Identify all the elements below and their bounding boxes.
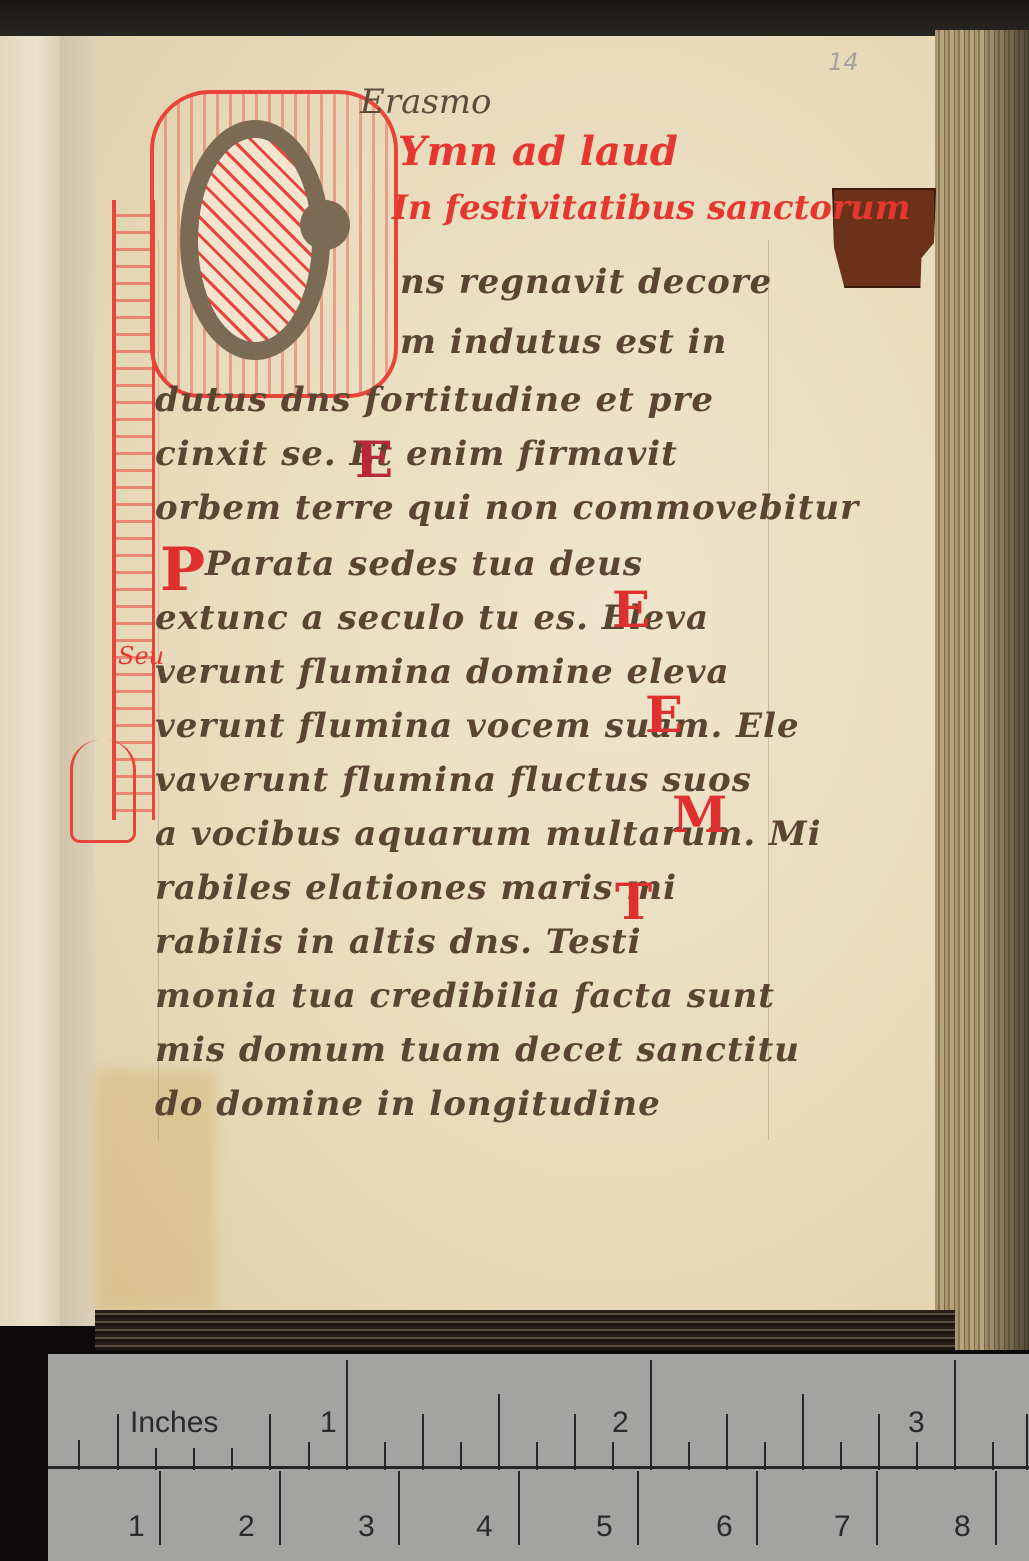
text-line: rabiles elationes maris mi [155, 868, 677, 908]
ruler-inches-label: Inches [130, 1406, 218, 1440]
text-line: verunt flumina vocem suam. Ele [155, 706, 800, 746]
ruler-cm-label: 6 [716, 1510, 733, 1544]
red-capital: M [672, 785, 727, 844]
ruler-tick [574, 1414, 576, 1470]
ruler-cm-label: 8 [954, 1510, 971, 1544]
ruler-inch-label: 3 [908, 1406, 925, 1440]
ruler-tick [802, 1394, 804, 1470]
text-line: mis domum tuam decet sanctitu [155, 1030, 800, 1070]
ruler-center-line [48, 1466, 1029, 1469]
facing-page-edge [0, 36, 64, 1326]
ruler-cm-label: 7 [834, 1510, 851, 1544]
ruler-tick-inch [954, 1360, 956, 1470]
ruler-inch-label: 2 [612, 1406, 629, 1440]
rubric-line-2: In festivitatibus sanctorum [392, 188, 911, 228]
ruler-tick [498, 1394, 500, 1470]
text-line: rabilis in altis dns. Testi [155, 922, 642, 962]
text-line: do domine in longitudine [155, 1084, 661, 1124]
text-line: m indutus est in [400, 322, 727, 362]
ruler-tick [1026, 1414, 1028, 1470]
decorated-initial [150, 90, 390, 390]
ruler-tick [269, 1414, 271, 1470]
red-capital: E [355, 430, 393, 489]
folio-number: 14 [828, 48, 859, 76]
margin-annotation: Seu [118, 642, 164, 670]
measurement-ruler: Inches 1 2 3 1 2 3 4 5 6 7 8 [48, 1354, 1029, 1561]
text-line: dutus dns fortitudine et pre [155, 380, 714, 420]
ruler-tick [878, 1414, 880, 1470]
red-capital: P [160, 535, 205, 605]
ruler-tick-cm [398, 1471, 400, 1545]
penwork-border [112, 200, 155, 820]
ruler-tick [422, 1414, 424, 1470]
text-line: vaverunt flumina fluctus suos [155, 760, 752, 800]
penwork-flourish [70, 740, 136, 843]
text-line: cinxit se. Et enim firmavit [155, 434, 678, 474]
ruler-tick-cm [159, 1471, 161, 1545]
ruler-tick-cm [995, 1471, 997, 1545]
running-head: Erasmo [360, 82, 492, 122]
ruler-tick-cm [876, 1471, 878, 1545]
ruler-tick-cm [279, 1471, 281, 1545]
ruler-cm-label: 1 [128, 1510, 145, 1544]
ruler-cm-label: 4 [476, 1510, 493, 1544]
ruler-inch-label: 1 [320, 1406, 337, 1440]
bottom-edge-leaves [95, 1310, 955, 1350]
initial-bowl [300, 200, 350, 250]
text-line: orbem terre qui non commovebitur [155, 488, 859, 528]
background-shadow [0, 0, 1029, 40]
ruler-tick-cm [637, 1471, 639, 1545]
ruler-tick-inch [346, 1360, 348, 1470]
ruler-cm-label: 5 [596, 1510, 613, 1544]
text-line: monia tua credibilia facta sunt [155, 976, 775, 1016]
ruler-tick-cm [518, 1471, 520, 1545]
ruler-tick-inch [650, 1360, 652, 1470]
ruler-tick-cm [756, 1471, 758, 1545]
text-line: ns regnavit decore [400, 262, 772, 302]
rubric-line-1: Ymn ad laud [398, 128, 678, 175]
red-capital: E [645, 685, 683, 744]
ruler-cm-label: 2 [238, 1510, 255, 1544]
red-capital: T [615, 872, 652, 931]
text-line: Parata sedes tua deus [205, 544, 643, 584]
ruler-cm-label: 3 [358, 1510, 375, 1544]
fore-edge-shadow [985, 30, 1029, 1350]
text-line: verunt flumina domine eleva [155, 652, 730, 692]
ruler-tick [117, 1414, 119, 1470]
red-capital: E [612, 580, 650, 639]
ruler-tick [726, 1414, 728, 1470]
